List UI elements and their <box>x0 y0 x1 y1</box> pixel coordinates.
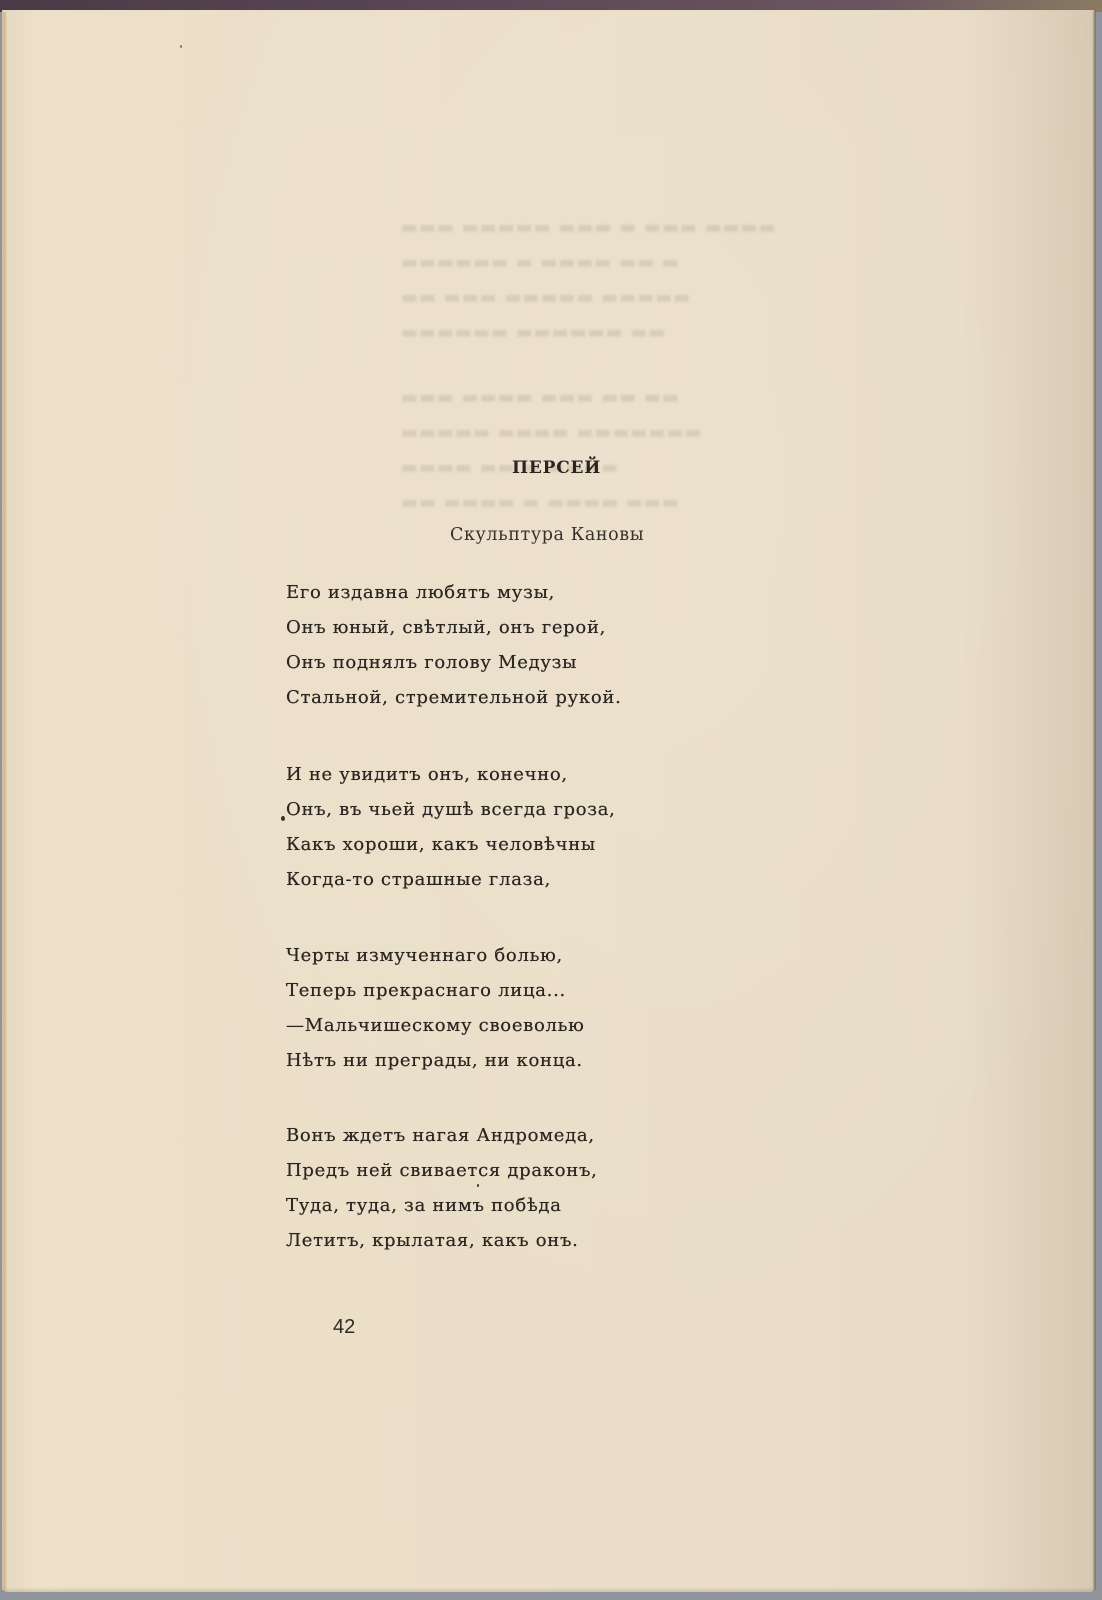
poem-subtitle: Скульптура Кановы <box>450 525 644 545</box>
verse-line: Вонъ ждетъ нагая Андромеда, <box>286 1118 598 1153</box>
verse-line: Теперь прекраснаго лица... <box>286 973 585 1008</box>
page-number: 42 <box>333 1316 355 1339</box>
ink-speck <box>281 816 285 821</box>
poem-title: ПЕРСЕЙ <box>512 458 601 478</box>
verse-line: Летитъ, крылатая, какъ онъ. <box>286 1223 598 1258</box>
verse-line: Онъ, въ чьей душѣ всегда гроза, <box>286 792 616 827</box>
stanza: И не увидитъ онъ, конечно, Онъ, въ чьей … <box>286 757 616 897</box>
verse-line: —Мальчишескому своеволью <box>286 1008 585 1043</box>
verse-line: Черты измученнаго болью, <box>286 938 585 973</box>
bleed-through-text: ▬▬▬▬ ▬▬▬ ▬ ▬▬▬ ▬▬▬▬▬ ▬▬▬ ▬ ▬▬ ▬▬▬▬ ▬ ▬▬▬… <box>400 210 860 520</box>
verse-line: Онъ поднялъ голову Медузы <box>286 645 622 680</box>
verse-line: Когда-то страшные глаза, <box>286 862 616 897</box>
verse-line: Какъ хороши, какъ человѣчны <box>286 827 616 862</box>
verse-line: Нѣтъ ни преграды, ни конца. <box>286 1043 585 1078</box>
stanza: Вонъ ждетъ нагая Андромеда, Предъ ней св… <box>286 1118 598 1258</box>
stanza: Его издавна любятъ музы, Онъ юный, свѣтл… <box>286 575 622 715</box>
verse-line: Туда, туда, за нимъ побѣда <box>286 1188 598 1223</box>
verse-line: Онъ юный, свѣтлый, онъ герой, <box>286 610 622 645</box>
verse-line: Предъ ней свивается драконъ, <box>286 1153 598 1188</box>
verse-line: Стальной, стремительной рукой. <box>286 680 622 715</box>
ink-speck <box>180 45 182 48</box>
page-outer-edge <box>1093 12 1096 1590</box>
verse-line: Его издавна любятъ музы, <box>286 575 622 610</box>
verse-line: И не увидитъ онъ, конечно, <box>286 757 616 792</box>
stanza: Черты измученнаго болью, Теперь прекрасн… <box>286 938 585 1078</box>
ink-speck <box>477 1184 479 1187</box>
page-gutter-edge <box>2 12 7 1590</box>
